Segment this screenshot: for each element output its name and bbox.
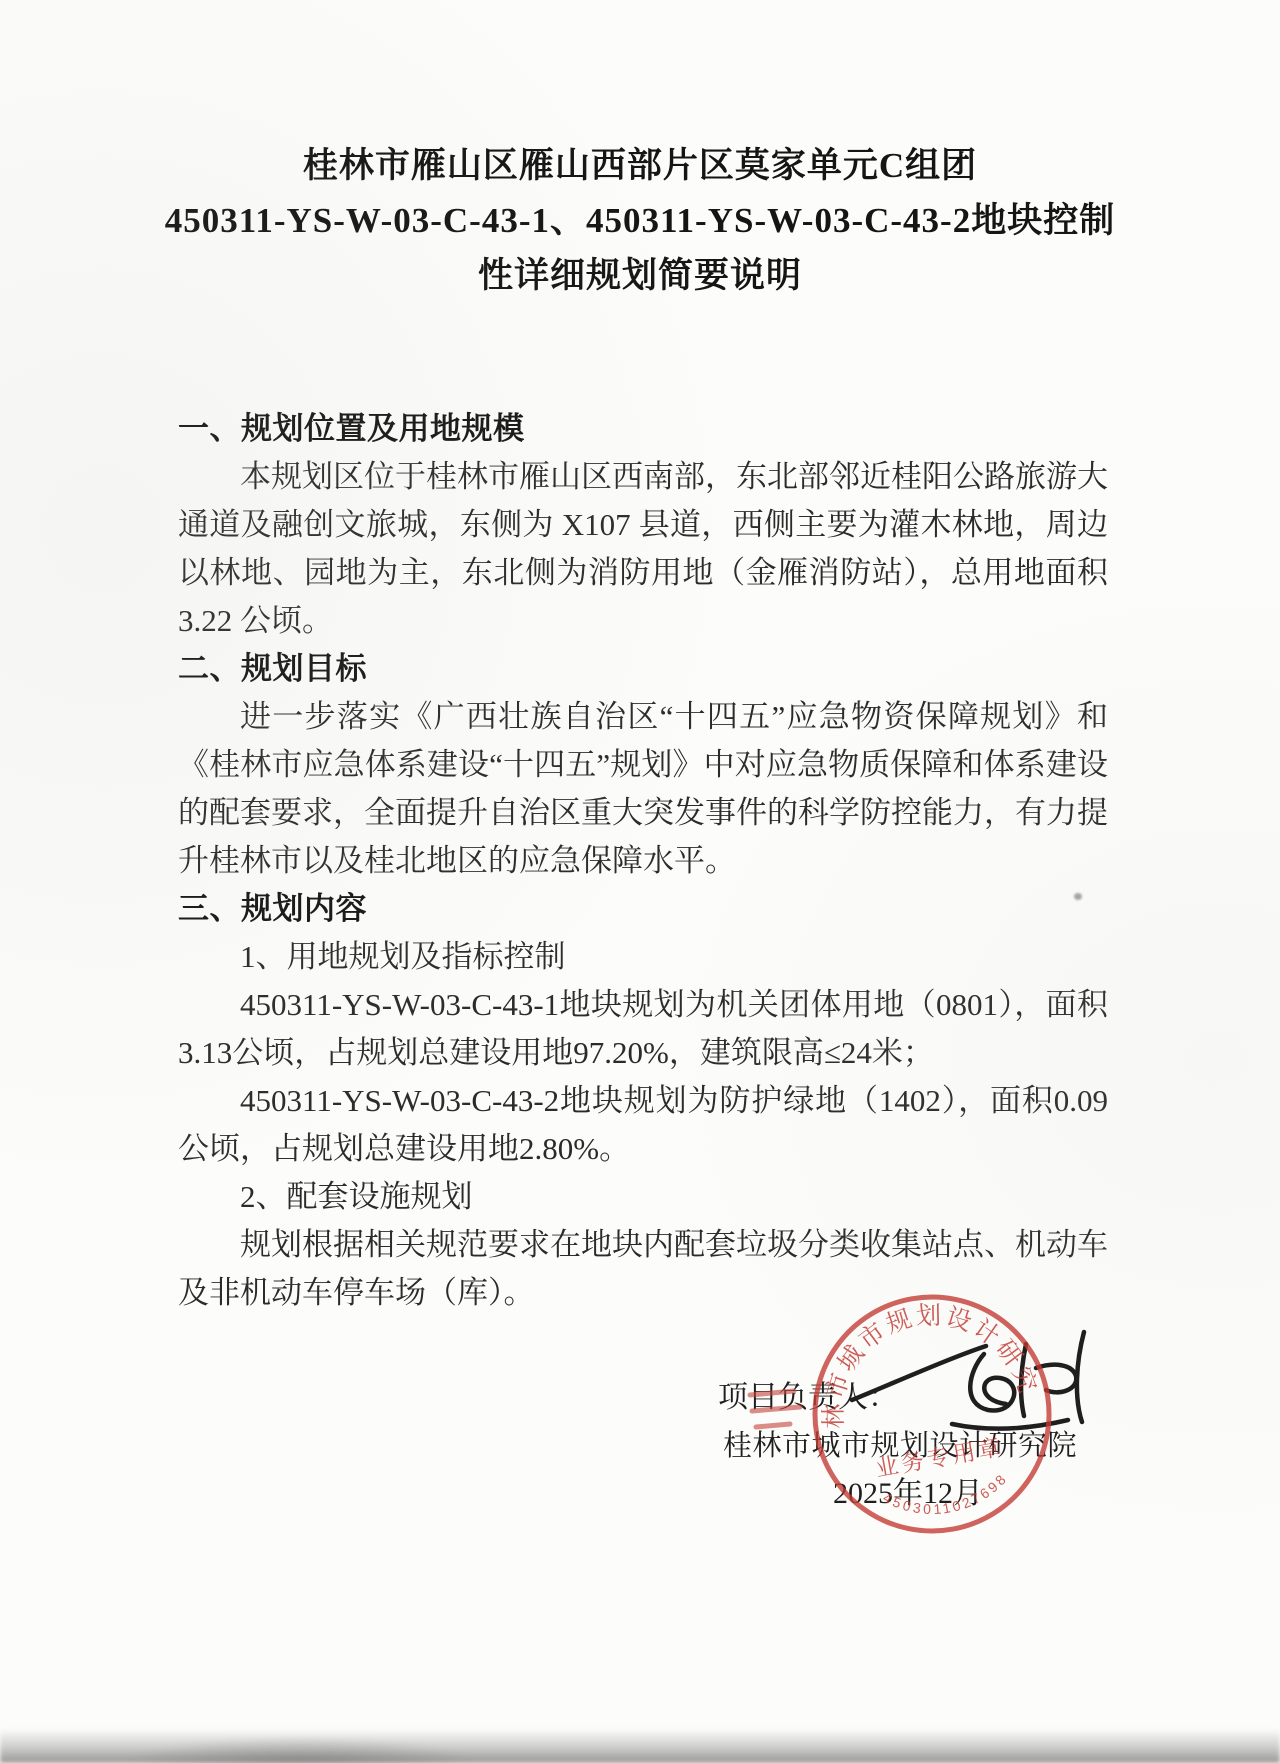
paragraph-location: 本规划区位于桂林市雁山区西南部，东北部邻近桂阳公路旅游大通道及融创文旅城，东侧为…: [178, 453, 1108, 645]
title-line-2: 450311-YS-W-03-C-43-1、450311-YS-W-03-C-4…: [0, 193, 1280, 248]
scan-speck: [1074, 893, 1082, 900]
paragraph-plot-2: 450311-YS-W-03-C-43-2地块规划为防护绿地（1402），面积0…: [178, 1077, 1108, 1173]
section-heading-location: 一、规划位置及用地规模: [178, 405, 1108, 453]
document-page: 桂林市雁山区雁山西部片区莫家单元C组团 450311-YS-W-03-C-43-…: [0, 0, 1280, 1763]
stamp-smudge-marks: [742, 1383, 822, 1438]
title-line-1: 桂林市雁山区雁山西部片区莫家单元C组团: [0, 138, 1280, 193]
document-body: 一、规划位置及用地规模 本规划区位于桂林市雁山区西南部，东北部邻近桂阳公路旅游大…: [178, 405, 1108, 1317]
title-line-3: 性详细规划简要说明: [0, 248, 1280, 303]
paragraph-plot-1: 450311-YS-W-03-C-43-1地块规划为机关团体用地（0801），面…: [178, 981, 1108, 1077]
scan-edge-shadow: [0, 1729, 1280, 1763]
document-title: 桂林市雁山区雁山西部片区莫家单元C组团 450311-YS-W-03-C-43-…: [0, 0, 1280, 303]
subheading-land-use: 1、用地规划及指标控制: [178, 933, 1108, 981]
stamp-center-text: 业务专用章: [873, 1433, 1006, 1481]
paragraph-goals: 进一步落实《广西壮族自治区“十四五”应急物资保障规划》和《桂林市应急体系建设“十…: [178, 693, 1108, 885]
section-heading-goals: 二、规划目标: [178, 645, 1108, 693]
subheading-facilities: 2、配套设施规划: [178, 1173, 1108, 1221]
official-stamp: 桂林市城市规划设计研究院 业务专用章 4503011027698: [786, 1268, 1078, 1560]
section-heading-content: 三、规划内容: [178, 885, 1108, 933]
